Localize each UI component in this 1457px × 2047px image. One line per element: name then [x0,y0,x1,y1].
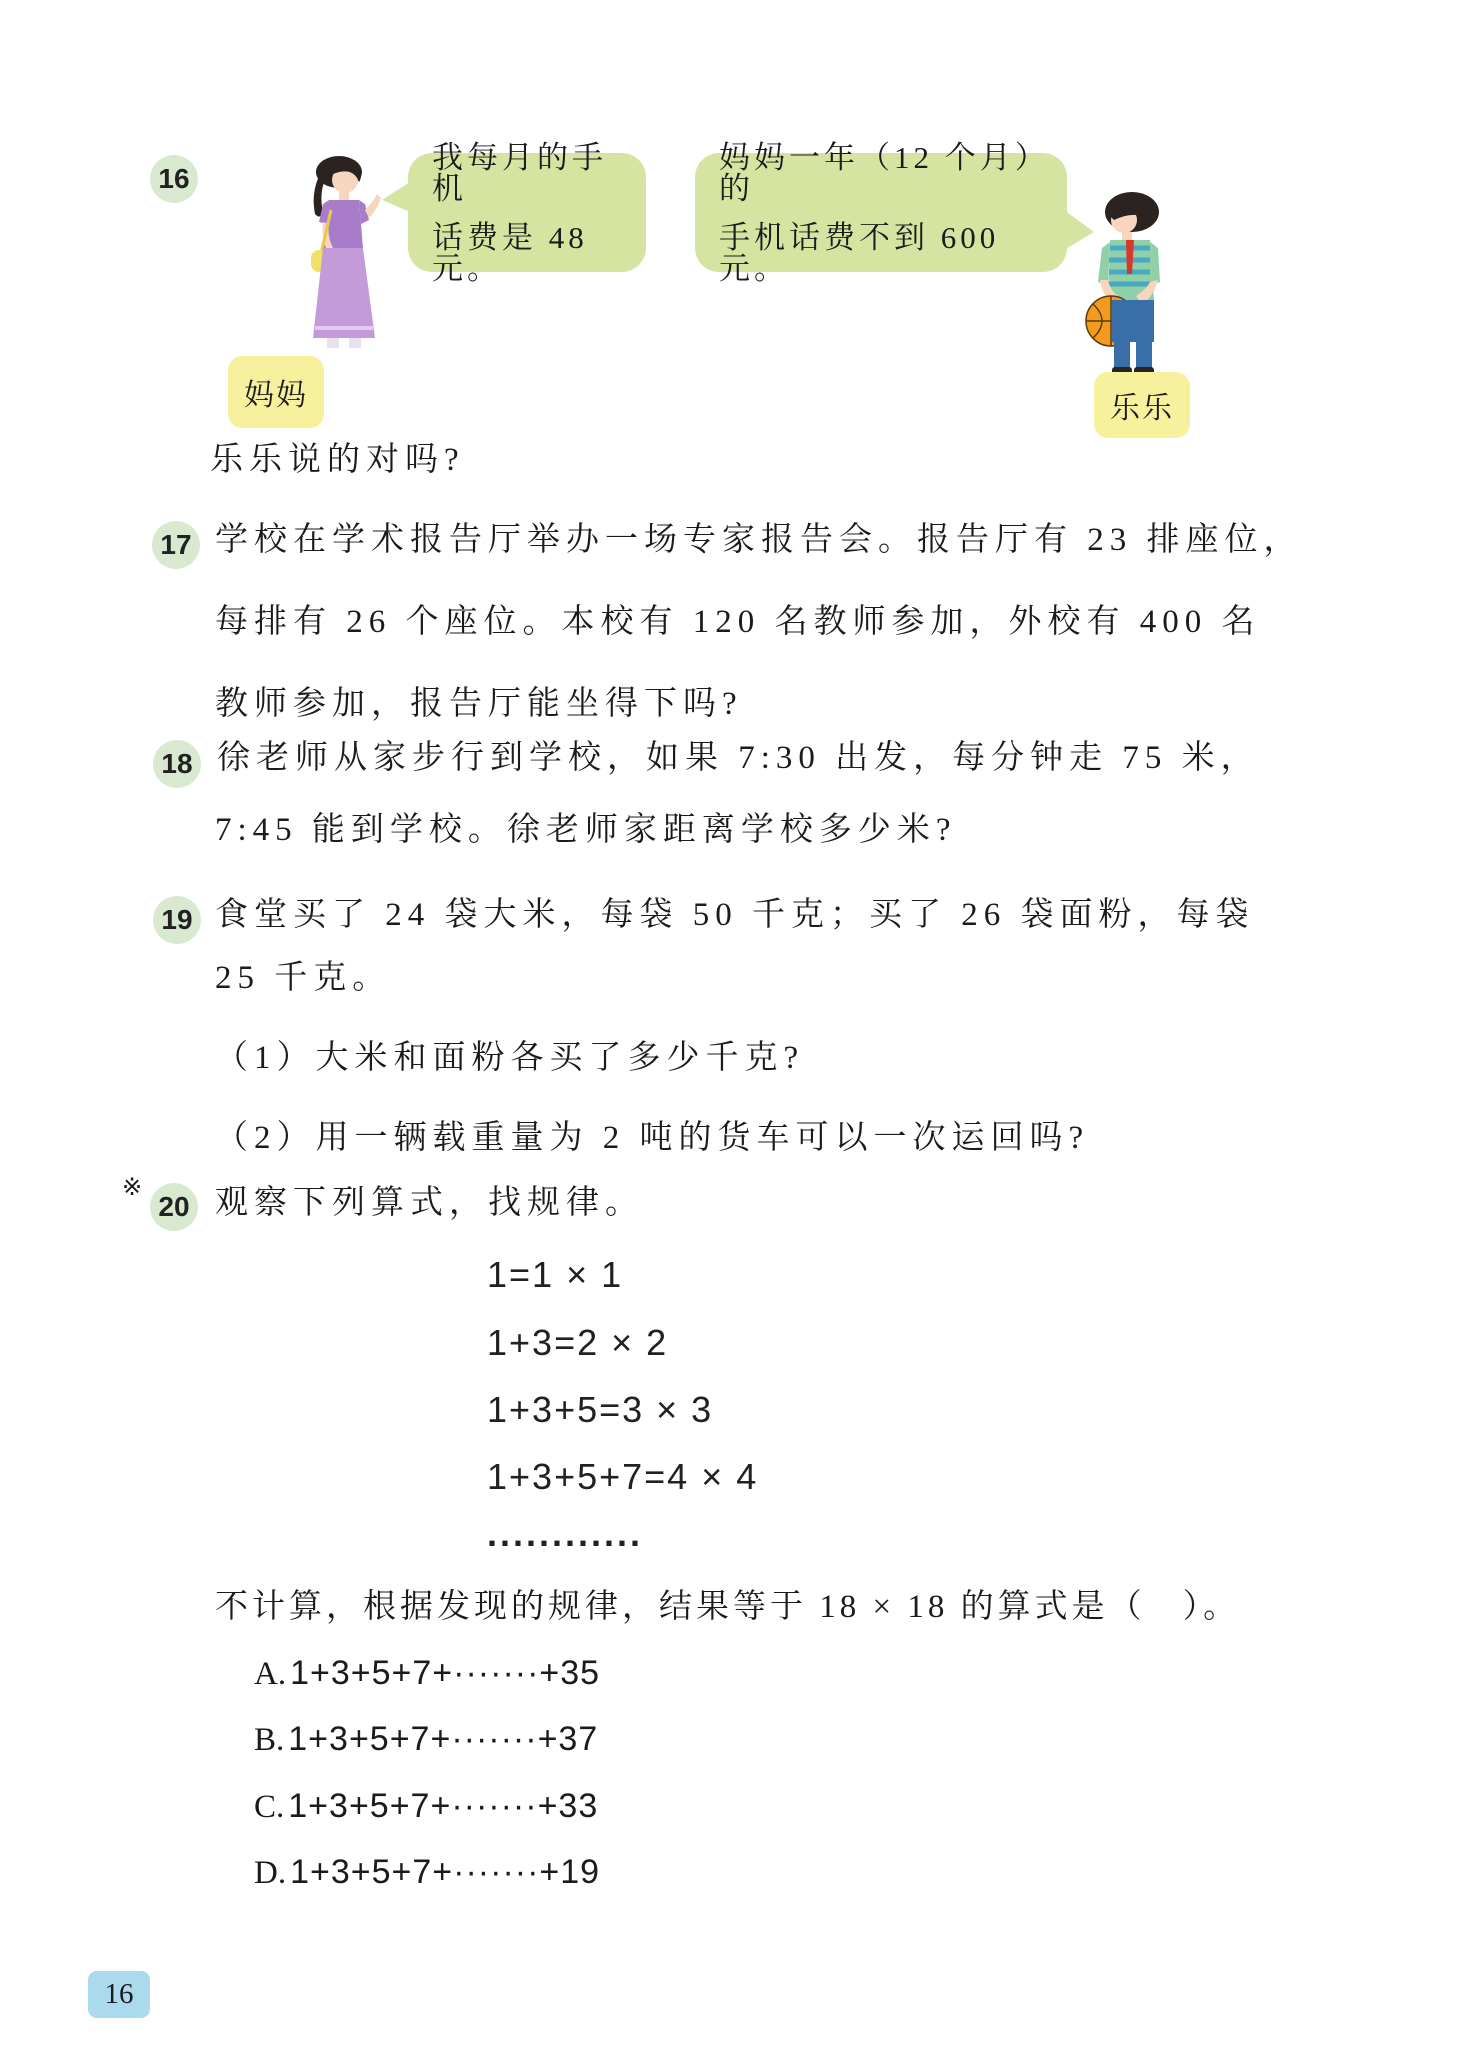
equation-ellipsis: ............ [487,1516,643,1552]
equation-4: 1+3+5+7=4 × 4 [487,1459,758,1495]
problem-18-line-1: 徐老师从家步行到学校，如果 7:30 出发，每分钟走 75 米， [217,742,1260,775]
problem-16-question: 乐乐说的对吗? [210,444,465,477]
problem-17-line-2: 每排有 26 个座位。本校有 120 名教师参加，外校有 400 名 [215,606,1261,639]
mother-name-label: 妈妈 [228,356,324,428]
option-a-expression: 1+3+5+7+·······+35 [290,1654,600,1692]
problem-17-number: 17 [160,529,191,561]
problem-19-subquestion-1: （1）大米和面粉各买了多少千克? [215,1042,804,1075]
boy-drawing [1080,190,1180,375]
boy-name-label: 乐乐 [1094,372,1190,438]
page-number: 16 [105,1978,134,2011]
problem-18-badge: 18 [153,740,201,788]
problem-17-line-3: 教师参加，报告厅能坐得下吗? [215,688,743,721]
mother-bubble-tail [382,182,410,214]
problem-20-intro: 观察下列算式，找规律。 [215,1187,644,1220]
problem-16-badge: 16 [150,155,198,203]
problem-19-line-1: 食堂买了 24 袋大米，每袋 50 千克；买了 26 袋面粉，每袋 [215,899,1255,932]
option-d: D. 1+3+5+7+·······+19 [254,1855,600,1890]
boy-speech-bubble: 妈妈一年（12 个月）的 手机话费不到 600 元。 [695,153,1067,272]
option-d-expression: 1+3+5+7+·······+19 [290,1853,600,1891]
option-a: A. 1+3+5+7+·······+35 [254,1656,600,1691]
option-c: C. 1+3+5+7+·······+33 [254,1789,598,1824]
mother-illustration [293,150,398,355]
mother-speech-bubble: 我每月的手机 话费是 48 元。 [408,153,646,272]
problem-17-line-1: 学校在学术报告厅举办一场专家报告会。报告厅有 23 排座位， [215,524,1303,557]
boy-bubble-line1: 妈妈一年（12 个月）的 [719,142,1043,204]
equation-1: 1=1 × 1 [487,1257,623,1293]
problem-19-line-2: 25 千克。 [215,962,391,995]
problem-19-badge: 19 [153,896,201,944]
option-c-expression: 1+3+5+7+·······+33 [288,1787,598,1825]
problem-18-line-2: 7:45 能到学校。徐老师家距离学校多少米? [215,814,957,847]
mother-name-text: 妈妈 [244,370,308,414]
option-b: B. 1+3+5+7+·······+37 [254,1722,598,1757]
boy-illustration [1080,190,1180,375]
equation-2: 1+3=2 × 2 [487,1325,668,1361]
optional-problem-star-mark: ※ [122,1176,142,1200]
option-b-expression: 1+3+5+7+·······+37 [288,1720,598,1758]
boy-name-text: 乐乐 [1110,383,1174,427]
mother-drawing [293,150,398,355]
problem-20-badge: 20 [150,1183,198,1231]
textbook-page: 16 我每月的手机 话费是 48 元。 妈妈一年（ [0,0,1457,2047]
problem-19-number: 19 [161,904,192,936]
option-a-letter: A. [254,1656,286,1692]
problem-19-subquestion-2: （2）用一辆载重量为 2 吨的货车可以一次运回吗? [215,1122,1089,1155]
problem-20-question: 不计算，根据发现的规律，结果等于 18 × 18 的算式是（ ）。 [215,1591,1240,1624]
problem-17-badge: 17 [152,521,200,569]
boy-bubble-line2: 手机话费不到 600 元。 [719,222,1043,284]
problem-20-number: 20 [158,1191,189,1223]
problem-16-number: 16 [158,163,189,195]
option-b-letter: B. [254,1722,284,1758]
mother-bubble-line1: 我每月的手机 [432,142,622,204]
mother-bubble-line2: 话费是 48 元。 [432,222,622,284]
problem-18-number: 18 [161,748,192,780]
equation-3: 1+3+5=3 × 3 [487,1392,713,1428]
option-d-letter: D. [254,1855,286,1891]
option-c-letter: C. [254,1789,284,1825]
page-number-badge: 16 [88,1971,150,2018]
